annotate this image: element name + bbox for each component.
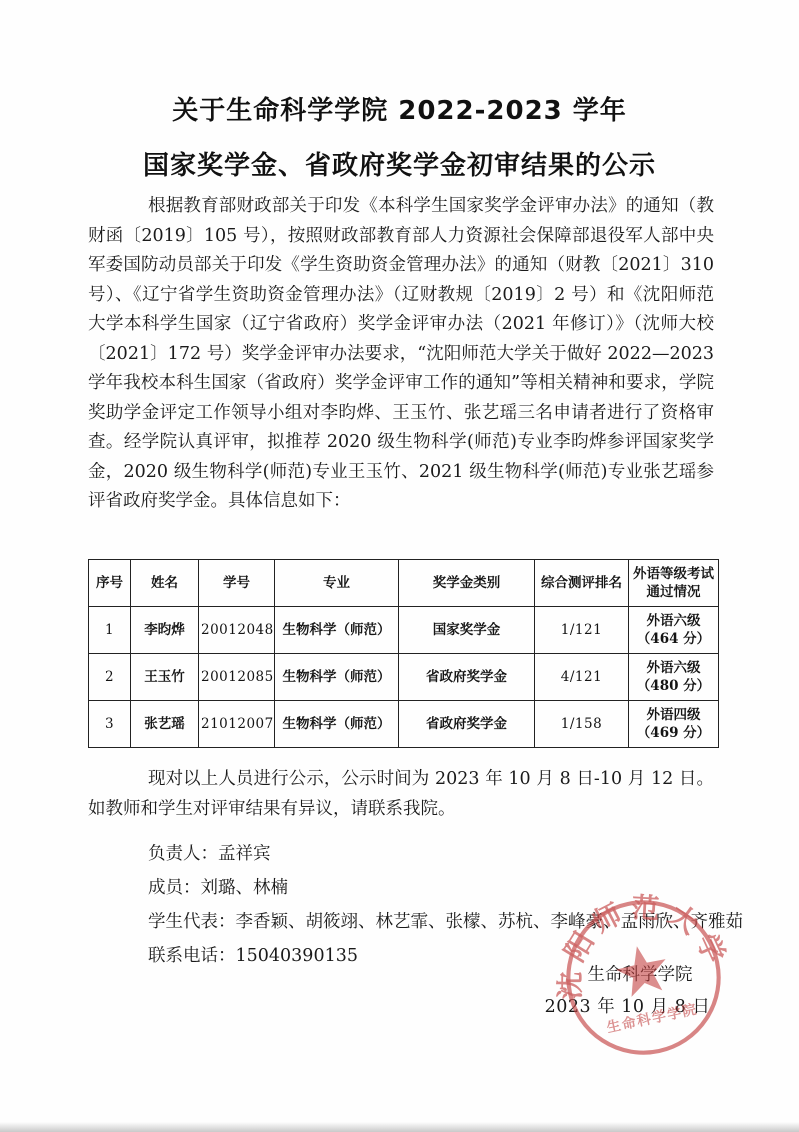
role-line-members: 成员：刘璐、林楠 <box>148 874 288 899</box>
table-row: 2 王玉竹 20012085 生物科学（师范） 省政府奖学金 4/121 外语六… <box>89 654 719 701</box>
scholarship-results-table: 序号 姓名 学号 专业 奖学金类别 综合测评排名 外语等级考试 通过情况 1 李… <box>88 559 719 748</box>
role-line-leader: 负责人：孟祥宾 <box>148 840 271 865</box>
signature-date: 2023 年 10 月 8 日 <box>535 993 720 1018</box>
header-student-id: 学号 <box>199 560 275 607</box>
cell-rank: 1/121 <box>535 607 629 654</box>
cell-english-exam: 外语四级 （469 分） <box>629 701 719 748</box>
header-scholarship-type: 奖学金类别 <box>399 560 535 607</box>
cell-index: 1 <box>89 607 131 654</box>
cell-major: 生物科学（师范） <box>275 701 399 748</box>
header-name: 姓名 <box>131 560 199 607</box>
cell-name: 张艺瑶 <box>131 701 199 748</box>
header-english-exam: 外语等级考试 通过情况 <box>629 560 719 607</box>
cell-student-id: 21012007 <box>199 701 275 748</box>
cell-index: 3 <box>89 701 131 748</box>
table-row: 3 张艺瑶 21012007 生物科学（师范） 省政府奖学金 1/158 外语四… <box>89 701 719 748</box>
cell-major: 生物科学（师范） <box>275 654 399 701</box>
body-paragraph-publicity-period: 现对以上人员进行公示，公示时间为 2023 年 10 月 8 日-10 月 12… <box>88 765 714 824</box>
cell-student-id: 20012085 <box>199 654 275 701</box>
table-row: 1 李昀烨 20012048 生物科学（师范） 国家奖学金 1/121 外语六级… <box>89 607 719 654</box>
header-index: 序号 <box>89 560 131 607</box>
cell-name: 王玉竹 <box>131 654 199 701</box>
header-major: 专业 <box>275 560 399 607</box>
cell-scholarship-type: 省政府奖学金 <box>399 701 535 748</box>
table-header-row: 序号 姓名 学号 专业 奖学金类别 综合测评排名 外语等级考试 通过情况 <box>89 560 719 607</box>
cell-name: 李昀烨 <box>131 607 199 654</box>
signature-organization: 生命科学学院 <box>560 961 720 986</box>
cell-rank: 4/121 <box>535 654 629 701</box>
announcement-document: 关于生命科学学院 2022-2023 学年 国家奖学金、省政府奖学金初审结果的公… <box>0 0 799 1132</box>
cell-scholarship-type: 省政府奖学金 <box>399 654 535 701</box>
cell-major: 生物科学（师范） <box>275 607 399 654</box>
cell-index: 2 <box>89 654 131 701</box>
cell-english-exam: 外语六级 （464 分） <box>629 607 719 654</box>
cell-rank: 1/158 <box>535 701 629 748</box>
document-title-line2: 国家奖学金、省政府奖学金初审结果的公示 <box>0 145 799 182</box>
document-title-line1: 关于生命科学学院 2022-2023 学年 <box>0 90 799 127</box>
body-paragraph-basis: 根据教育部财政部关于印发《本科学生国家奖学金评审办法》的通知（教财函〔2019〕… <box>88 192 714 517</box>
header-rank: 综合测评排名 <box>535 560 629 607</box>
role-line-student-reps: 学生代表：李香颖、胡筱翊、林艺霏、张檬、苏杭、李峰豪、孟雨欣、齐雅茹 <box>148 908 743 933</box>
cell-scholarship-type: 国家奖学金 <box>399 607 535 654</box>
role-line-contact-phone: 联系电话：15040390135 <box>148 942 358 967</box>
cell-student-id: 20012048 <box>199 607 275 654</box>
cell-english-exam: 外语六级 （480 分） <box>629 654 719 701</box>
